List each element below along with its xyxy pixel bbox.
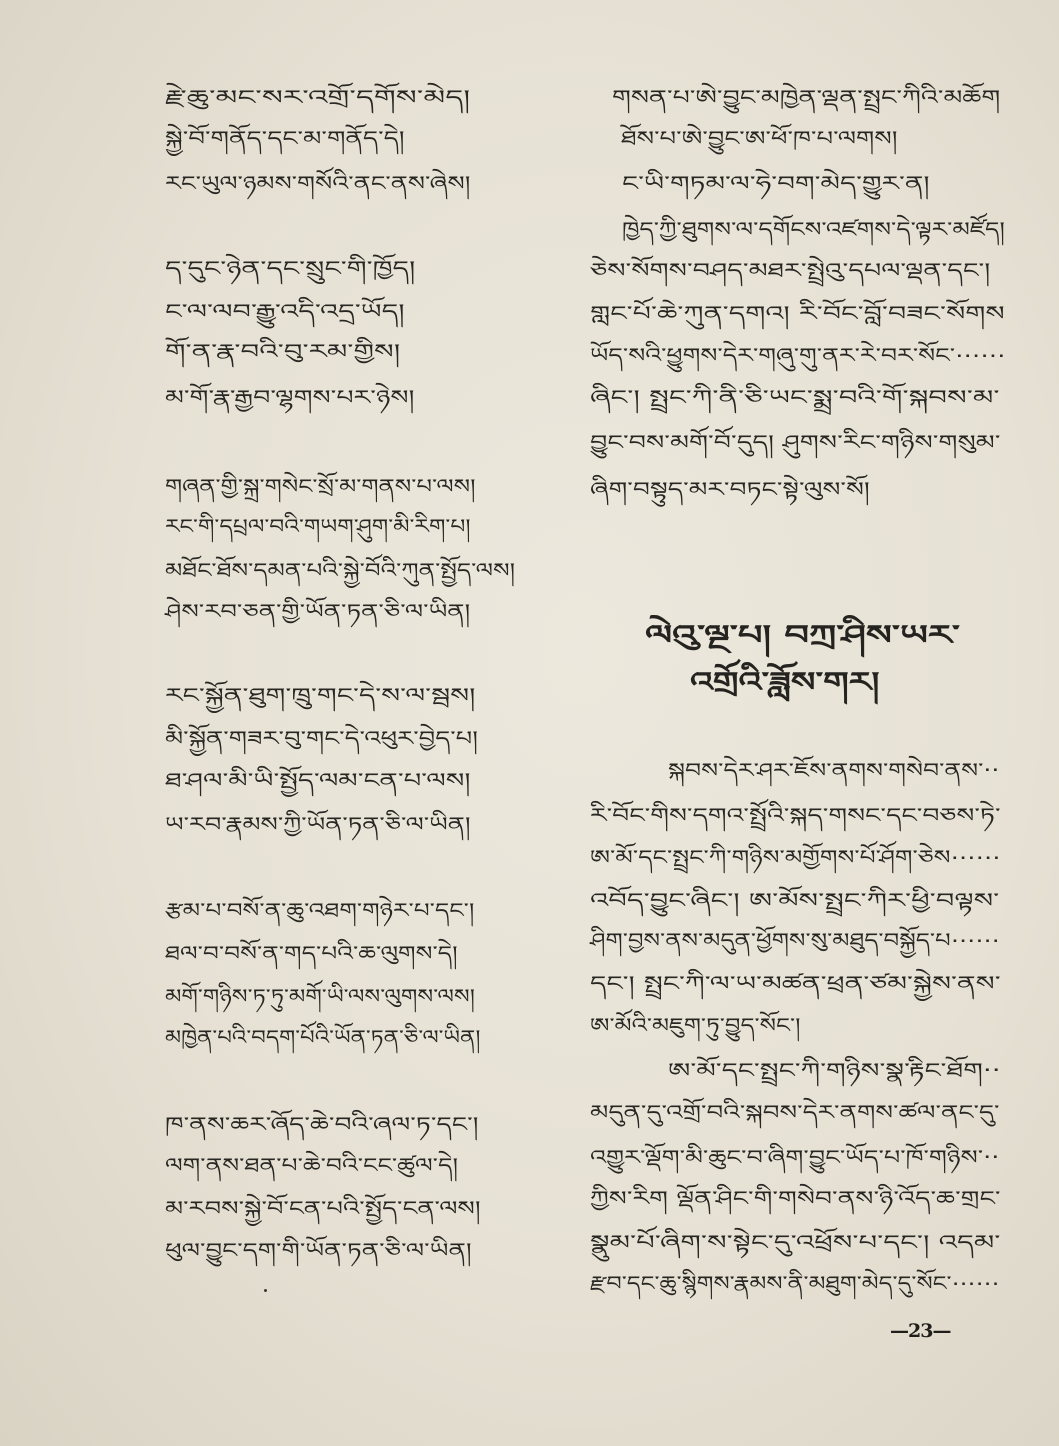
poem-line: ད་དུང་ཉེན་དང་སྲུང་གི་ཁྱོད། bbox=[165, 255, 415, 281]
paragraph-line: དང་། སྤྲང་ཀི་ལ་ཡ་མཚན་ཕྲན་ཙམ་སྐྱེས་ནས་ bbox=[590, 970, 1001, 996]
poem-line: གསན་པ་ཨེ་བྱུང་མཁྱེན་ལྡན་སྤྲང་ཀིའི་མཆོག bbox=[612, 84, 1000, 110]
paragraph-line: གླང་པོ་ཆེ་ཀུན་དགའ། རི་བོང་བློ་བཟང་སོགས bbox=[590, 300, 1005, 326]
ink-speck bbox=[264, 1289, 267, 1292]
paragraph-line: ཅེས་སོགས་བཤད་མཐར་སྤྲེའུ་དཔལ་ལྡན་དང་། bbox=[590, 257, 990, 283]
poem-line: ཐ་ཤལ་མི་ཡི་སྤྱོད་ལམ་ངན་པ་ལས། bbox=[165, 767, 471, 793]
paragraph-line: ཨ་མོ་དང་སྤྲང་ཀི་གཉིས་སྣ་རྟིང་ཐོག·· bbox=[668, 1057, 1001, 1083]
poem-line: གོ་ན་རྣ་བའི་བུ་རམ་གྱིས། bbox=[165, 338, 400, 364]
poem-line: མཁྱེན་པའི་བདག་པོའི་ཡོན་ཏན་ཅི་ལ་ཡིན། bbox=[165, 1024, 480, 1050]
poem-line: ཤེས་རབ་ཅན་གྱི་ཡོན་ཏན་ཅི་ལ་ཡིན། bbox=[165, 598, 470, 624]
paragraph-line: ཞིང་། སྤྲང་ཀི་ནི་ཅི་ཡང་སྨྲ་བའི་གོ་སྐབས་མ… bbox=[590, 384, 999, 410]
poem-line: ཕུལ་བྱུང་དག་གི་ཡོན་ཏན་ཅི་ལ་ཡིན། bbox=[165, 1237, 472, 1263]
poem-line: རང་སྐྱོན་ཐུག་ཁྲུ་གང་དེ་ས་ལ་སྦས། bbox=[165, 682, 475, 708]
paragraph-line: ཤིག་བྱས་ནས་མདུན་ཕྱོགས་སུ་མཐུད་བསྐྱོད་པ⋯⋯ bbox=[590, 927, 1000, 953]
poem-line: རྗེ་ཆུ་མང་སར་འགྲོ་དགོས་མེད། bbox=[165, 84, 470, 110]
page-number: —23— bbox=[890, 1320, 950, 1342]
poem-line: ཁ་ནས་ཆར་ཞོད་ཆེ་བའི་ཞལ་ཏ་དང་། bbox=[165, 1111, 479, 1137]
poem-line: ང་ཡི་གཏམ་ལ་ཧེ་བག་མེད་གྱུར་ན། bbox=[622, 170, 930, 196]
chapter-heading-line-2: འགྲོའི་ཟློས་གར། bbox=[690, 666, 879, 700]
poem-line: ལག་ནས་ཐན་པ་ཆེ་བའི་ངང་ཚུལ་དེ། bbox=[165, 1152, 458, 1178]
paragraph-line: ཡོད་སའི་ཕྱུགས་དེར་གཞུ་གུ་ནར་རེ་བར་སོང་⋯⋯ bbox=[590, 342, 1005, 368]
paragraph-line: རི་བོང་གིས་དགའ་སྤྲོའི་སྐད་གསང་དང་བཅས་ཏེ་ bbox=[590, 802, 1001, 828]
poem-line: མགོ་གཉིས་ཏ་ཏུ་མགོ་ཡི་ལས་ལུགས་ལས། bbox=[165, 983, 475, 1009]
paragraph-line: བྱུང་བས་མགོ་བོ་དུད། ཤུགས་རིང་གཉིས་གསུམ་ bbox=[590, 429, 1000, 455]
paragraph-line: འགྱུར་ལྡོག་མི་ཆུང་བ་ཞིག་བྱུང་ཡོད་པ་ཁོ་གཉ… bbox=[590, 1144, 999, 1170]
poem-line: མི་སྐྱོན་གཟར་བུ་གང་དེ་འཕུར་བྱེད་པ། bbox=[165, 725, 478, 751]
poem-line: ཁྱེད་ཀྱི་ཐུགས་ལ་དགོངས་འཛགས་དེ་ལྟར་མཛོད། bbox=[622, 216, 1005, 242]
paragraph-line: མདུན་དུ་འགྲོ་བའི་སྐབས་དེར་ནགས་ཚལ་ནང་དུ་ bbox=[590, 1099, 1000, 1125]
poem-line: ཡ་རབ་རྣམས་ཀྱི་ཡོན་ཏན་ཅི་ལ་ཡིན། bbox=[165, 811, 471, 837]
chapter-heading-line-1: ལེའུ་ལྔ་པ། བཀྲ་ཤིས་ཡར་ bbox=[645, 619, 960, 653]
paragraph-line: ཞིག་བསྟུད་མར་བཏང་སྟེ་ལུས་སོ། bbox=[590, 476, 870, 502]
poem-line: ཐོས་པ་ཨེ་བྱུང་ཨ་ཕོ་ཁ་པ་ལགས། bbox=[621, 125, 897, 151]
poem-line: རང་ཡུལ་ཉམས་གསོའི་ནང་ནས་ཞེས། bbox=[165, 170, 470, 196]
paragraph-line: སྐབས་དེར་ཤར་ཇོས་ནགས་གསེབ་ནས་·· bbox=[668, 757, 999, 783]
paragraph-line: ཨ་མོའི་མཇུག་ཏུ་བྱུད་སོང་། bbox=[590, 1012, 801, 1038]
poem-line: རང་གི་དཔྲལ་བའི་གཡག་ཤུག་མི་རིག་པ། bbox=[165, 513, 471, 539]
poem-line: མ་གོ་རྣ་རྒྱབ་ལྷགས་པར་ཉེས། bbox=[165, 384, 414, 410]
poem-line: མཐོང་ཐོས་དམན་པའི་སྐྱེ་བོའི་ཀུན་སྤྱོད་ལས། bbox=[165, 557, 515, 583]
paragraph-line: ཨ་མོ་དང་སྤྲང་ཀི་གཉིས་མགྱོགས་པོ་ཤོག་ཅེས⋯⋯ bbox=[590, 844, 1001, 870]
poem-line: རྩམ་པ་བསོ་ན་ཆུ་འཐག་གཉེར་པ་དང་། bbox=[165, 897, 474, 923]
poem-line: ཐལ་བ་བསོ་ན་གད་པའི་ཆ་ལུགས་དེ། bbox=[165, 940, 458, 966]
poem-line: གཞན་གྱི་སྐྲ་གསེང་སྲོ་མ་གནས་པ་ལས། bbox=[165, 473, 476, 499]
book-page: རྗེ་ཆུ་མང་སར་འགྲོ་དགོས་མེད། སྐྱེ་བོ་གནོད… bbox=[0, 0, 1059, 1446]
paragraph-line: ཀྱིས་རིག ལྡོན་ཤིང་གི་གསེབ་ནས་ཉི་འོད་ཆ་གྲ… bbox=[590, 1185, 1001, 1211]
poem-line: སྐྱེ་བོ་གནོད་དང་མ་གནོད་དེ། bbox=[165, 125, 405, 151]
poem-line: མ་རབས་སྐྱེ་བོ་ངན་པའི་སྤྱོད་ངན་ལས། bbox=[165, 1195, 481, 1221]
poem-line: ང་ལ་ལབ་རྒྱུ་འདི་འདྲ་ཡོད། bbox=[165, 298, 405, 324]
paragraph-line: འབོད་བྱུང་ཞིང་། ཨ་མོས་སྤྲང་ཀིར་ཕྱི་བལྟས་ bbox=[590, 887, 999, 913]
paragraph-line: སྣུམ་པོ་ཞིག་ས་སྟེང་དུ་འཕྲོས་པ་དང་། འདམ་ bbox=[590, 1229, 1000, 1255]
paragraph-line: རྫབ་དང་ཆུ་སྙིགས་རྣམས་ནི་མཐུག་མེད་དུ་སོང་… bbox=[590, 1270, 999, 1296]
